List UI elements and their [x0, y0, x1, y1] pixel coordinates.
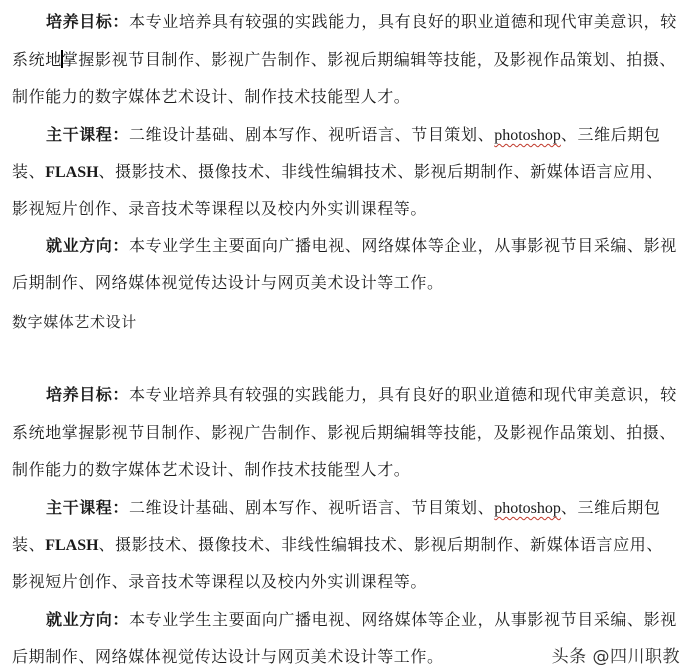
courses-text: 影视短片创作、录音技术等课程以及校内外实训课程等。	[12, 199, 427, 218]
courses-paragraph-line: 影视短片创作、录音技术等课程以及校内外实训课程等。	[12, 572, 684, 592]
courses-text: 、摄影技术、摄像技术、非线性编辑技术、影视后期制作、新媒体语言应用、	[99, 162, 663, 181]
goal-paragraph-line: 培养目标：本专业培养具有较强的实践能力，具有良好的职业道德和现代审美意识，较	[46, 12, 692, 32]
goal-text: 本专业培养具有较强的实践能力，具有良好的职业道德和现代审美意识，较	[129, 12, 677, 31]
section-heading: 数字媒体艺术设计	[12, 312, 684, 332]
watermark: 头条 @四川职教	[552, 642, 680, 667]
career-paragraph-line: 就业方向：本专业学生主要面向广播电视、网络媒体等企业，从事影视节目采编、影视	[46, 236, 692, 256]
career-text: 后期制作、网络媒体视觉传达设计与网页美术设计等工作。	[12, 647, 444, 666]
document-page[interactable]: 培养目标：本专业培养具有较强的实践能力，具有良好的职业道德和现代审美意识，较 系…	[0, 0, 692, 672]
courses-paragraph-line: 主干课程：二维设计基础、剧本写作、视听语言、节目策划、photoshop、三维后…	[46, 498, 692, 519]
courses-text: 、三维后期包	[561, 498, 661, 517]
career-text: 后期制作、网络媒体视觉传达设计与网页美术设计等工作。	[12, 273, 444, 292]
courses-paragraph-line: 装、FLASH、摄影技术、摄像技术、非线性编辑技术、影视后期制作、新媒体语言应用…	[12, 162, 684, 183]
courses-paragraph-line: 装、FLASH、摄影技术、摄像技术、非线性编辑技术、影视后期制作、新媒体语言应用…	[12, 535, 684, 556]
courses-paragraph-line: 影视短片创作、录音技术等课程以及校内外实训课程等。	[12, 199, 684, 219]
goal-paragraph-line: 系统地掌握影视节目制作、影视广告制作、影视后期编辑等技能，及影视作品策划、拍摄、	[12, 423, 684, 443]
courses-label: 主干课程：	[46, 125, 129, 144]
career-text: 本专业学生主要面向广播电视、网络媒体等企业，从事影视节目采编、影视	[129, 236, 677, 255]
goal-text: 制作能力的数字媒体艺术设计、制作技术技能型人才。	[12, 87, 410, 106]
career-label: 就业方向：	[46, 236, 129, 255]
goal-paragraph-line: 制作能力的数字媒体艺术设计、制作技术技能型人才。	[12, 87, 684, 107]
spellcheck-word[interactable]: photoshop	[494, 500, 561, 517]
courses-text: 、摄影技术、摄像技术、非线性编辑技术、影视后期制作、新媒体语言应用、	[99, 535, 663, 554]
goal-paragraph-line: 培养目标：本专业培养具有较强的实践能力，具有良好的职业道德和现代审美意识，较	[46, 385, 692, 405]
courses-label: 主干课程：	[46, 498, 129, 517]
career-label: 就业方向：	[46, 610, 129, 629]
goal-text: 系统地掌握影视节目制作、影视广告制作、影视后期编辑等技能，及影视作品策划、拍摄、	[12, 423, 676, 442]
goal-text: 掌握影视节目制作、影视广告制作、影视后期编辑等技能，及影视作品策划、拍摄、	[62, 50, 676, 69]
courses-text: 二维设计基础、剧本写作、视听语言、节目策划、	[129, 125, 494, 144]
goal-paragraph-line: 系统地掌握影视节目制作、影视广告制作、影视后期编辑等技能，及影视作品策划、拍摄、	[12, 50, 684, 70]
courses-paragraph-line: 主干课程：二维设计基础、剧本写作、视听语言、节目策划、photoshop、三维后…	[46, 125, 692, 146]
courses-text: FLASH	[45, 164, 98, 181]
career-text: 本专业学生主要面向广播电视、网络媒体等企业，从事影视节目采编、影视	[129, 610, 677, 629]
spellcheck-word[interactable]: photoshop	[494, 127, 561, 144]
goal-label: 培养目标：	[46, 385, 129, 404]
courses-text: 、三维后期包	[561, 125, 661, 144]
courses-text: 装、	[12, 535, 45, 554]
goal-text: 制作能力的数字媒体艺术设计、制作技术技能型人才。	[12, 460, 410, 479]
goal-text: 本专业培养具有较强的实践能力，具有良好的职业道德和现代审美意识，较	[129, 385, 677, 404]
career-paragraph-line: 就业方向：本专业学生主要面向广播电视、网络媒体等企业，从事影视节目采编、影视	[46, 610, 692, 630]
career-paragraph-line: 后期制作、网络媒体视觉传达设计与网页美术设计等工作。	[12, 273, 684, 293]
goal-text: 系统地	[12, 50, 62, 69]
goal-label: 培养目标：	[46, 12, 129, 31]
courses-text: FLASH	[45, 537, 98, 554]
goal-paragraph-line: 制作能力的数字媒体艺术设计、制作技术技能型人才。	[12, 460, 684, 480]
courses-text: 影视短片创作、录音技术等课程以及校内外实训课程等。	[12, 572, 427, 591]
courses-text: 二维设计基础、剧本写作、视听语言、节目策划、	[129, 498, 494, 517]
courses-text: 装、	[12, 162, 45, 181]
